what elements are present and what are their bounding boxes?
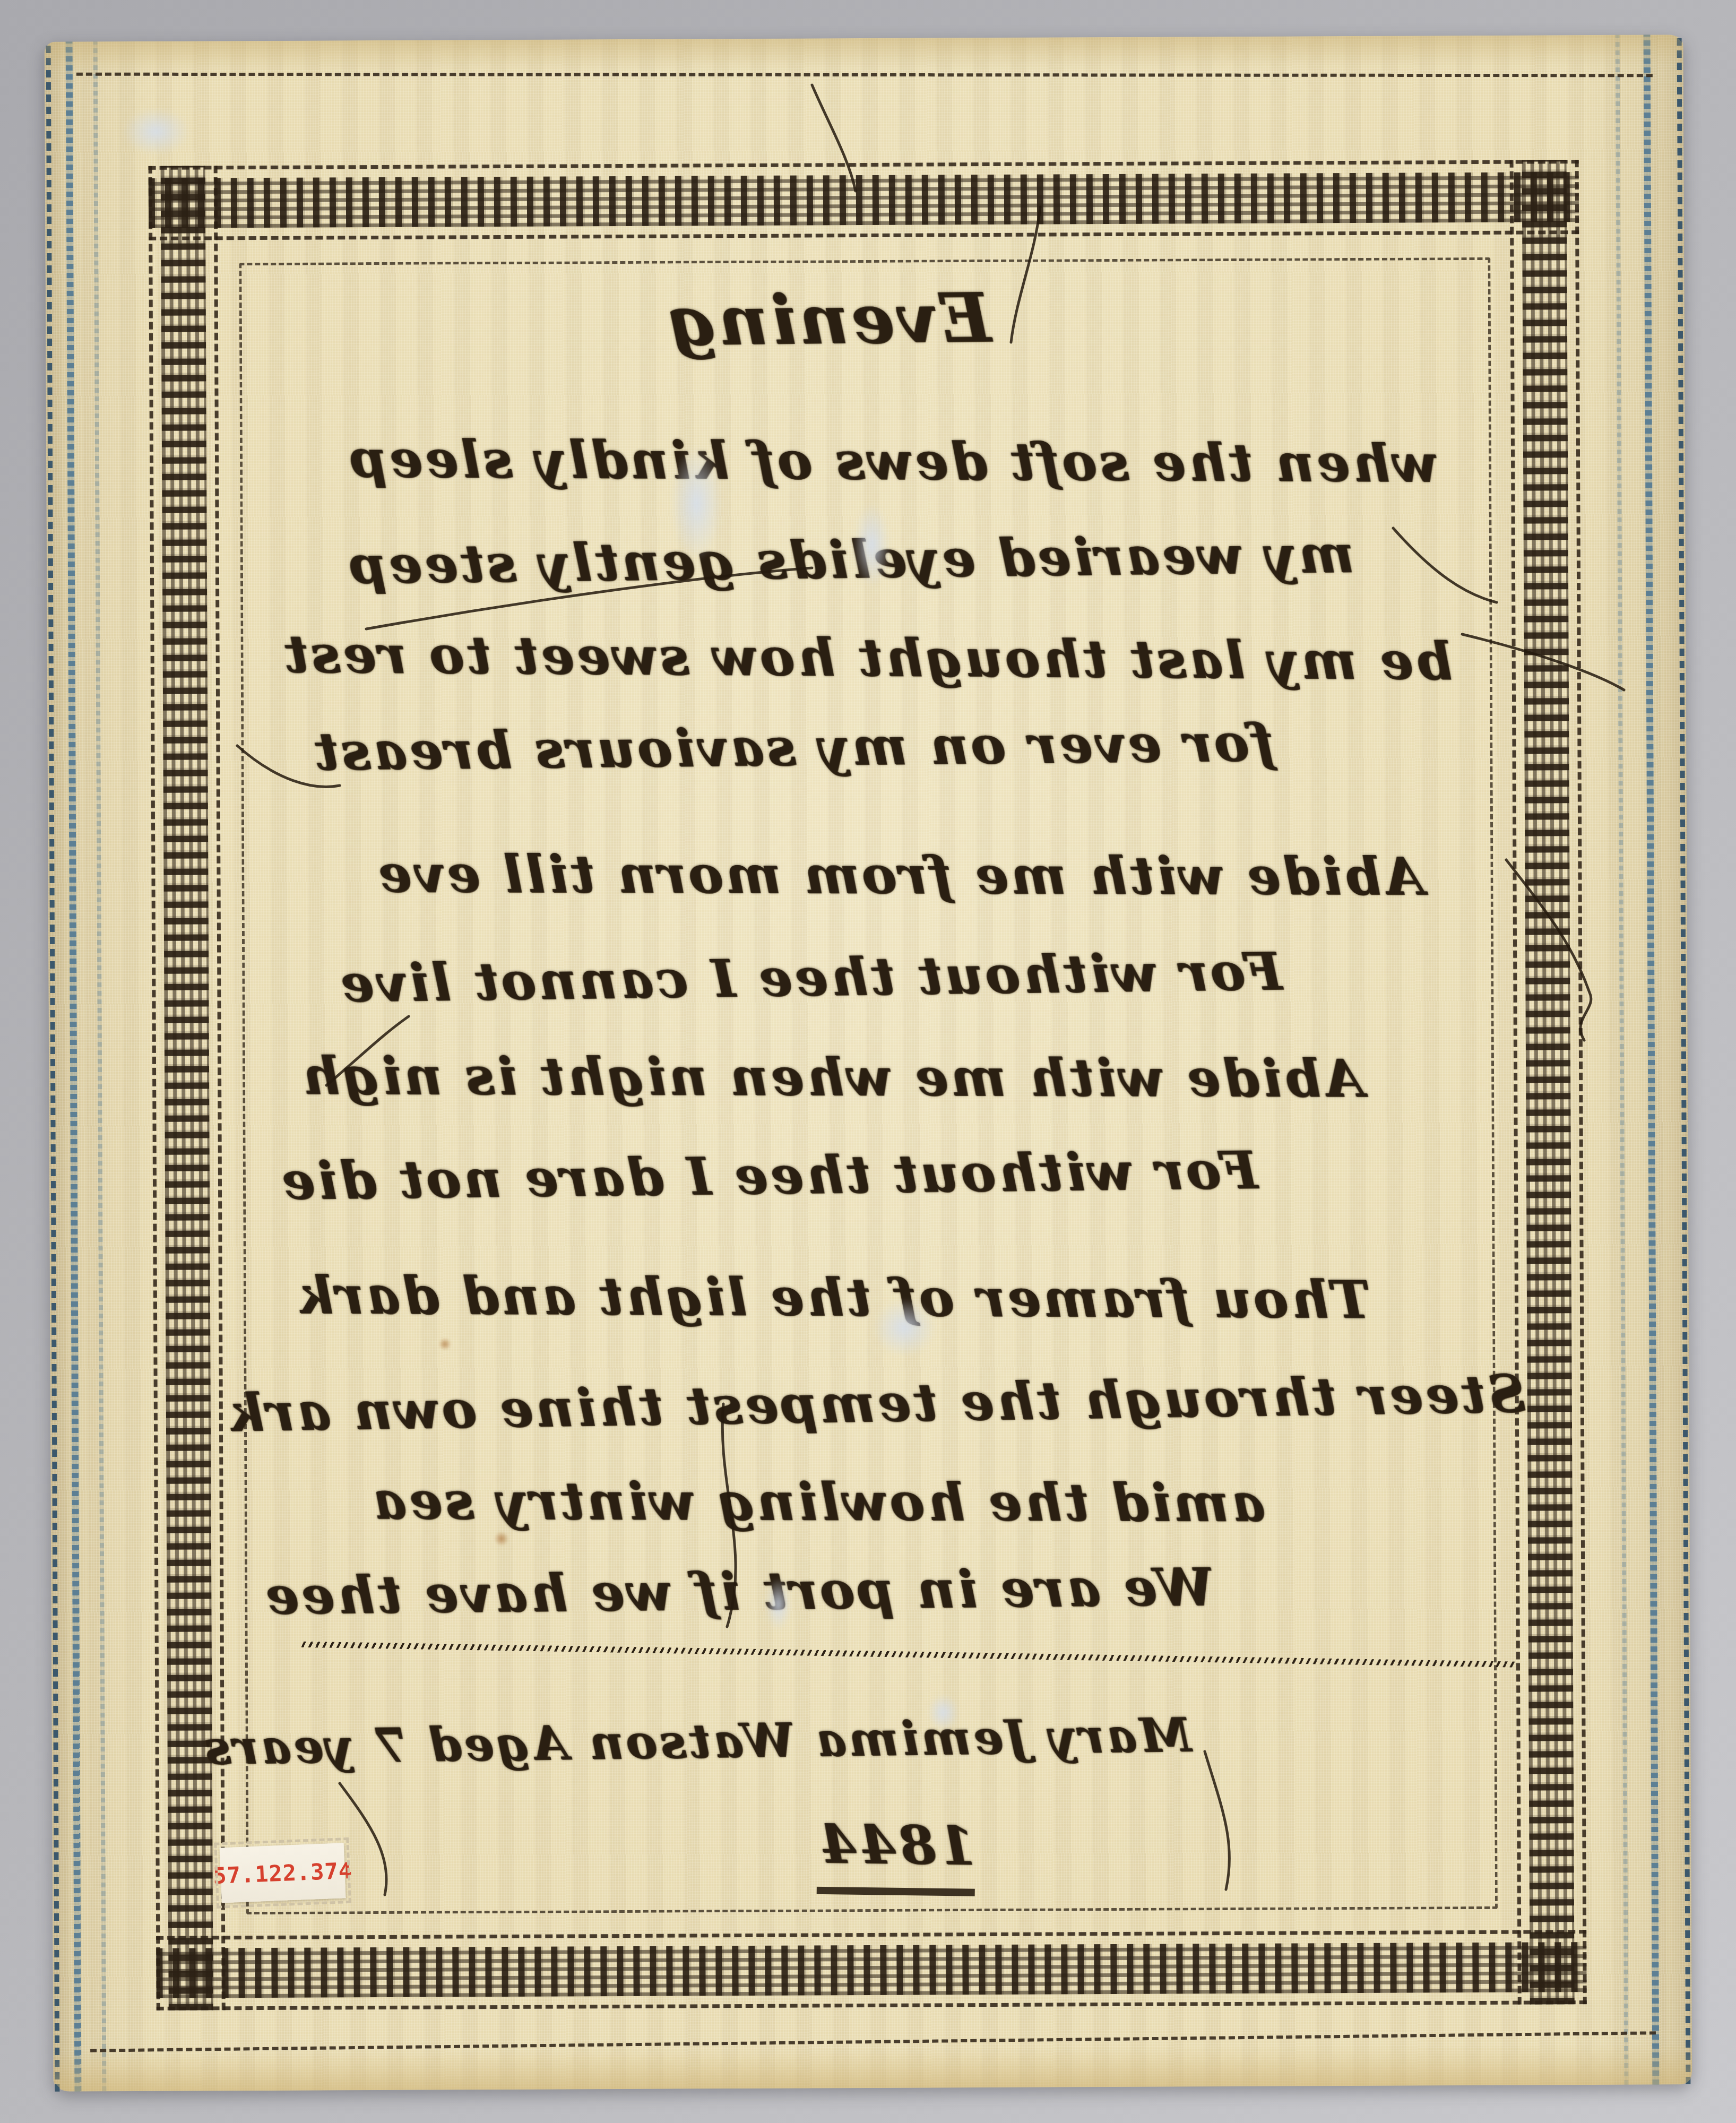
border-band-top — [149, 160, 1579, 240]
rust-stain — [494, 1531, 509, 1546]
pale-worn-spot — [853, 503, 891, 588]
accession-label-tag: 57.122.374 — [220, 1843, 346, 1903]
verse-line: We are in port if we have thee — [263, 1556, 1214, 1626]
border-band-right — [1510, 160, 1587, 2005]
verse-line: for ever on my saviours breast — [312, 712, 1274, 782]
left-blue-selvage-stripe — [66, 42, 82, 2092]
verse-line: For without thee I cannot live — [338, 941, 1282, 1014]
right-faint-blue-stripe — [1616, 35, 1629, 2085]
pale-worn-spot — [927, 1694, 959, 1731]
pale-worn-spot — [765, 1578, 791, 1631]
rust-stain — [438, 1337, 451, 1350]
verse-line: my wearied eyelids gently steep — [347, 523, 1354, 596]
pale-worn-spot — [670, 445, 723, 562]
top-hem-fold — [45, 34, 1683, 72]
sampler-fabric: Evening when the soft dews of kindly sle… — [45, 34, 1692, 2091]
verse-line: be my last thought how sweet to rest — [282, 624, 1453, 692]
verse-line: Abide with me when night is nigh — [300, 1046, 1364, 1109]
year-mark: 1844 — [816, 1813, 975, 1896]
verse-line: Thou framer of the light and dark — [295, 1265, 1371, 1331]
top-hem-running-stitch — [76, 73, 1653, 77]
right-edge-overcast-stitching — [1677, 34, 1691, 2084]
right-blue-selvage-stripe — [1644, 35, 1660, 2085]
left-faint-blue-stripe — [93, 41, 107, 2091]
verse-line: For without thee I dare not die — [279, 1140, 1258, 1212]
verse-line: Abide with me from morn till eve — [376, 843, 1424, 907]
embroidered-border-frame — [45, 34, 1683, 41]
verse-line: when the soft dews of kindly sleep — [348, 428, 1438, 494]
accession-number: 57.122.374 — [212, 1857, 353, 1888]
pale-worn-spot — [122, 108, 191, 156]
border-band-bottom — [156, 1930, 1587, 2010]
bottom-hem-running-stitch — [90, 2031, 1656, 2052]
verse-line: amid the howling wintry sea — [370, 1470, 1265, 1533]
pale-worn-spot — [873, 1298, 936, 1357]
sampler-title: Evening — [666, 278, 991, 361]
bottom-hem-fold — [53, 2044, 1692, 2091]
left-edge-overcast-stitching — [46, 42, 60, 2092]
photograph-backdrop: Evening when the soft dews of kindly sle… — [0, 0, 1736, 2123]
